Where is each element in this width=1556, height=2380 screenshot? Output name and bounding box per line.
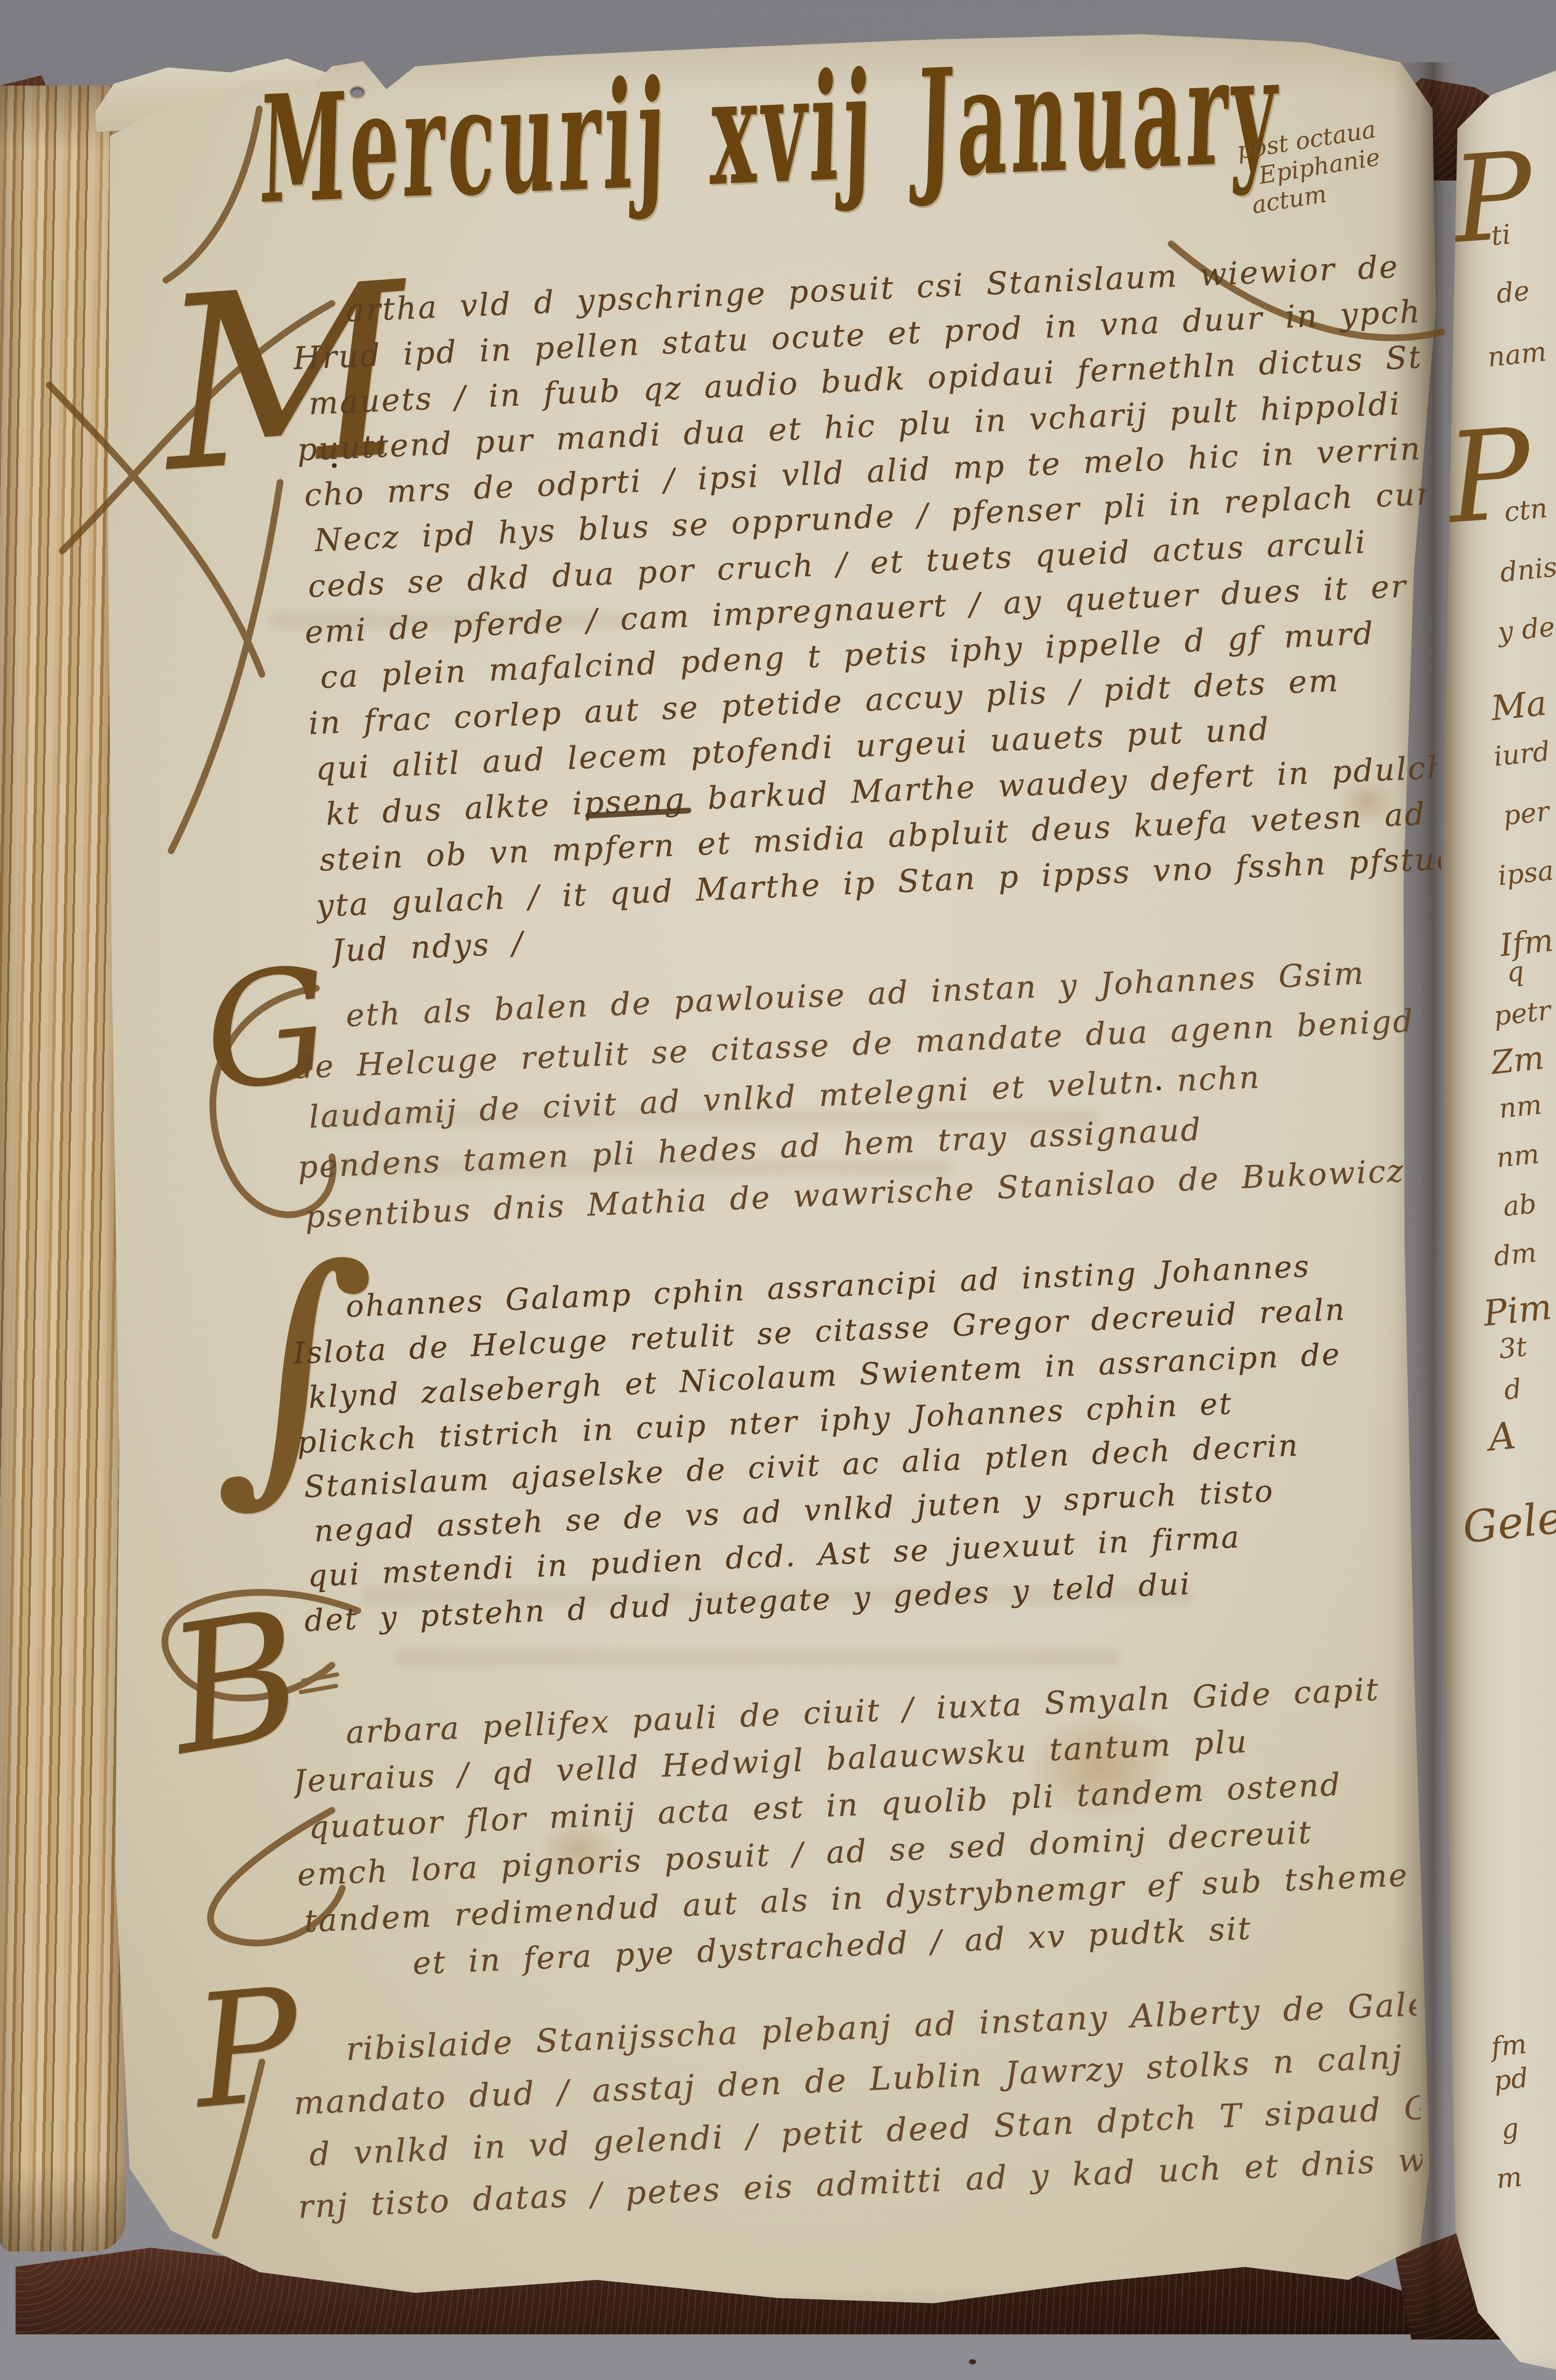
facing-page-sliver: P P ti de nam ctn dnis y de Ma iurd per … xyxy=(1442,66,1556,2370)
facing-text-fragment: dnis xyxy=(1499,554,1556,586)
page-title: Mercurij xvij January xyxy=(258,36,1282,225)
illuminated-initial: P xyxy=(188,1967,305,2131)
facing-text-fragment: ctn xyxy=(1503,495,1549,526)
paragraph: eth als balen de pawlouise ad instan y J… xyxy=(290,946,1425,1242)
paragraph: arbara pellifex pauli de ciuit / iuxta S… xyxy=(290,1665,1427,1991)
facing-text-fragment: A xyxy=(1486,1416,1517,1456)
facing-text-fragment: pd xyxy=(1492,2065,1530,2095)
facing-text-fragment: Ifm xyxy=(1498,925,1555,961)
facing-text-fragment: Zm xyxy=(1490,1042,1546,1079)
facing-text-fragment: nm xyxy=(1498,1091,1544,1123)
illuminated-initial: B xyxy=(158,1586,314,1781)
facing-text-fragment: nam xyxy=(1486,338,1548,371)
ink-showthrough xyxy=(394,1650,1120,1666)
facing-text-fragment: m xyxy=(1495,2164,1523,2193)
facing-text-fragment: y de xyxy=(1497,613,1556,646)
facing-text-fragment: nm xyxy=(1495,1141,1541,1172)
book-fore-edge xyxy=(0,86,126,2251)
facing-text-fragment: Ma xyxy=(1490,686,1548,726)
facing-text-fragment: petr xyxy=(1493,997,1552,1030)
facing-text-fragment: Pim xyxy=(1482,1290,1553,1332)
facing-text-fragment: g xyxy=(1500,2114,1520,2143)
facing-text-fragment: per xyxy=(1502,798,1551,829)
facing-text-fragment: dm xyxy=(1493,1239,1538,1270)
facing-text-fragment: q xyxy=(1505,958,1525,986)
facing-text-fragment: fm xyxy=(1490,2031,1528,2061)
facing-text-fragment: 3t xyxy=(1497,1333,1528,1363)
manuscript-photo: P P ti de nam ctn dnis y de Ma iurd per … xyxy=(0,0,1556,2380)
facing-text-fragment: ipsa xyxy=(1497,857,1555,890)
paragraph: artha vld d ypschringe posuit csi Stanis… xyxy=(290,243,1443,975)
facing-text-fragment: iurd xyxy=(1493,738,1551,770)
facing-text-fragment: de xyxy=(1495,278,1531,308)
facing-text-fragment: Gele xyxy=(1461,1496,1556,1549)
facing-text-fragment: ti xyxy=(1490,221,1512,250)
facing-text-fragment: d xyxy=(1503,1375,1523,1404)
debris-speck xyxy=(969,2359,976,2364)
paragraph: ohannes Galamp cphin assrancipi ad insti… xyxy=(290,1239,1430,1643)
facing-text-fragment: ab xyxy=(1502,1191,1537,1221)
